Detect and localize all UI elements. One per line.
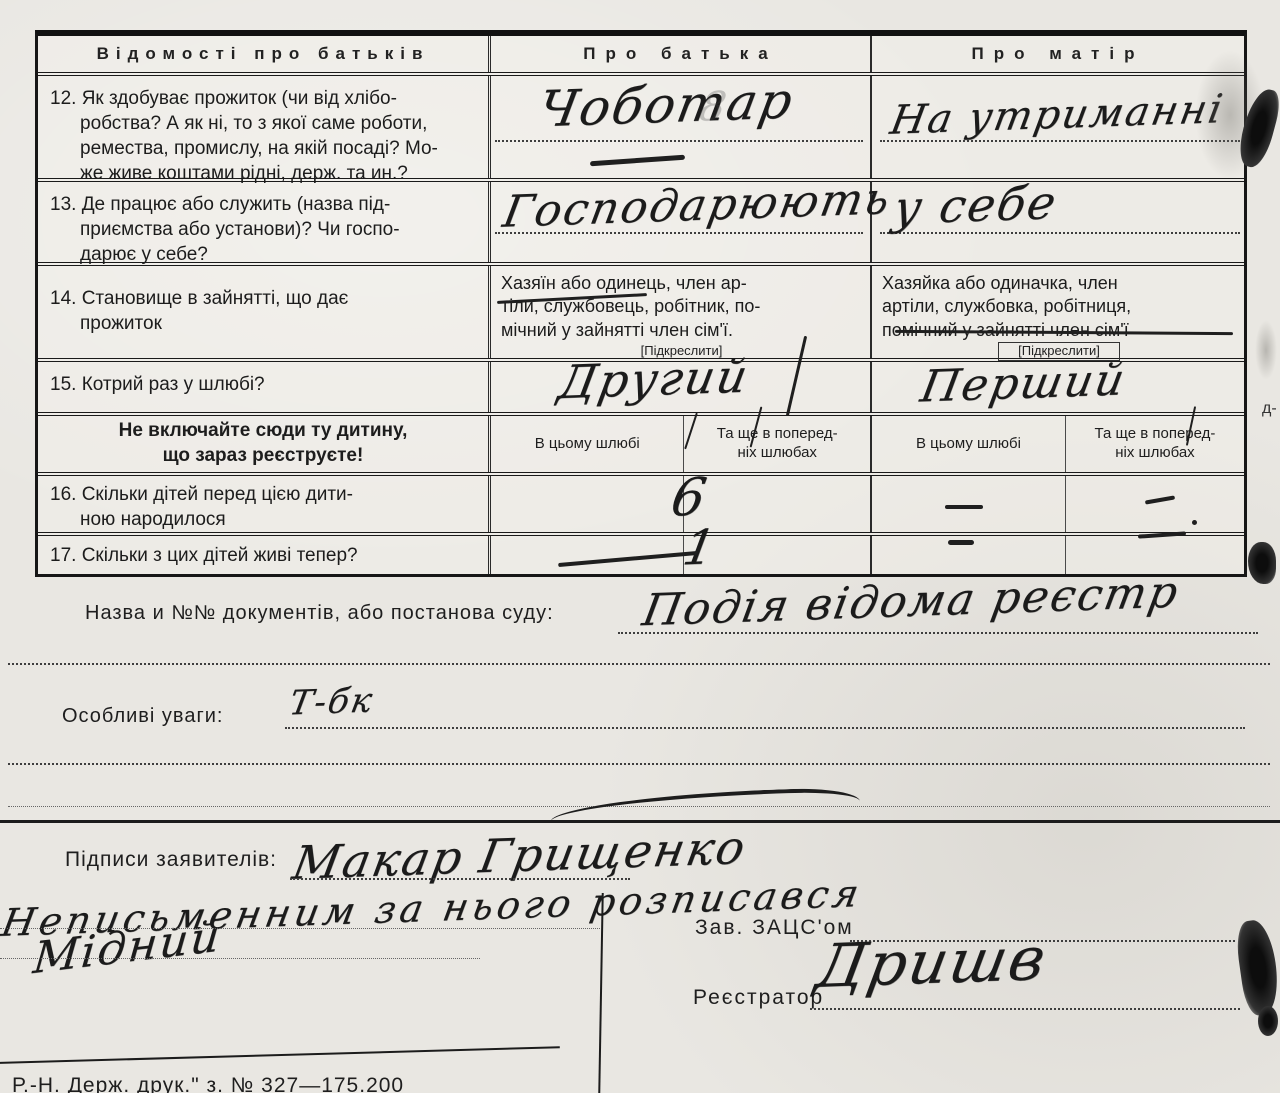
mother-this-marriage-header: В цьому шлюбі (872, 416, 1065, 472)
q14-father-options: Хазяїн або одинець, член ар- тіли, служб… (501, 273, 760, 340)
header-father: Про батька (488, 36, 870, 72)
q16-mother-cell (870, 476, 1244, 532)
q12-question: 12. Як здобуває прожиток (чи від хлібо- … (38, 76, 488, 178)
q14-father-cell: Хазяїн або одинець, член ар- тіли, служб… (488, 266, 870, 358)
documents-dotted-line (618, 632, 1258, 634)
q16-mother-this-dash (945, 505, 983, 509)
q17-question: 17. Скільки з цих дітей живі тепер? (38, 536, 488, 574)
row-marriage-subheaders: Не включайте сюди ту дитину, що зараз ре… (38, 416, 1244, 476)
row-q16: 16. Скільки дітей перед цією дити- ною н… (38, 476, 1244, 536)
exclude-child-note: Не включайте сюди ту дитину, що зараз ре… (38, 416, 488, 472)
header-info: Відомості про батьків (38, 36, 488, 72)
margin-text-fragment: д- (1262, 400, 1277, 418)
father-subheaders: В цьому шлюбі Та ще в поперед- ніх шлюба… (488, 416, 870, 472)
q14-question: 14. Становище в зайнятті, що дає прожито… (38, 266, 488, 358)
q14-mother-cell: Хазяйка або одиначка, член артіли, служб… (870, 266, 1244, 358)
header-mother: Про матір (870, 36, 1244, 72)
applicants-signatures-label: Підписи заявителів: (65, 848, 277, 872)
ink-blot-mid-right (1248, 542, 1276, 584)
q17-mother-cell (870, 536, 1244, 574)
signature-line-3 (0, 958, 480, 959)
q13-mother-answer-handwriting: у себе (890, 175, 1062, 235)
q15-mother-answer-handwriting: Перший (917, 354, 1130, 412)
q16-mother-prev-dot (1192, 520, 1197, 525)
q12-father-answer-handwriting: Чоботар (534, 72, 799, 139)
registrar-dotted-line (810, 1008, 1240, 1010)
bottom-diagonal-rule (0, 1046, 560, 1064)
remarks-dotted-line (285, 727, 1245, 729)
registrar-signature: Дришв (811, 924, 1053, 1002)
q16-question: 16. Скільки дітей перед цією дити- ною н… (38, 476, 488, 532)
horizontal-rule (0, 820, 1280, 823)
ink-blot-bottom-right (1234, 918, 1280, 1017)
ink-blot-bottom-right-small (1258, 1006, 1278, 1036)
documents-value-handwriting: Подія відома реєстр (639, 567, 1184, 637)
father-this-marriage-header: В цьому шлюбі (491, 416, 683, 472)
scanned-form-page: Відомості про батьків Про батька Про мат… (0, 0, 1280, 1093)
signature-line-1 (290, 878, 630, 880)
q17-mother-this-dash (948, 540, 974, 545)
documents-label: Назва и №№ документів, або постанова суд… (85, 602, 554, 625)
row-q14: 14. Становище в зайнятті, що дає прожито… (38, 266, 1244, 362)
print-shop-info: Р.-Н. Держ. друк." з. № 327—175.200 (12, 1074, 404, 1093)
remarks-value-handwriting: Т-бк (286, 681, 377, 724)
q15-question: 15. Котрий раз у шлюбі? (38, 362, 488, 412)
remarks-label: Особливі уваги: (62, 705, 223, 728)
fullwidth-dotted-line-1 (8, 663, 1270, 665)
q12-father-answer-line (495, 140, 863, 142)
q15-father-answer-handwriting: Другий (555, 349, 754, 410)
registrar-label: Реєстратор (693, 986, 824, 1010)
father-previous-marriages-header: Та ще в поперед- ніх шлюбах (683, 416, 870, 472)
table-header-row: Відомості про батьків Про батька Про мат… (38, 36, 1244, 76)
fullwidth-dotted-line-2 (8, 763, 1270, 765)
q13-question: 13. Де працює або служить (назва під- пр… (38, 182, 488, 262)
mother-previous-marriages-header: Та ще в поперед- ніх шлюбах (1065, 416, 1244, 472)
stain-right-edge (1255, 320, 1277, 380)
